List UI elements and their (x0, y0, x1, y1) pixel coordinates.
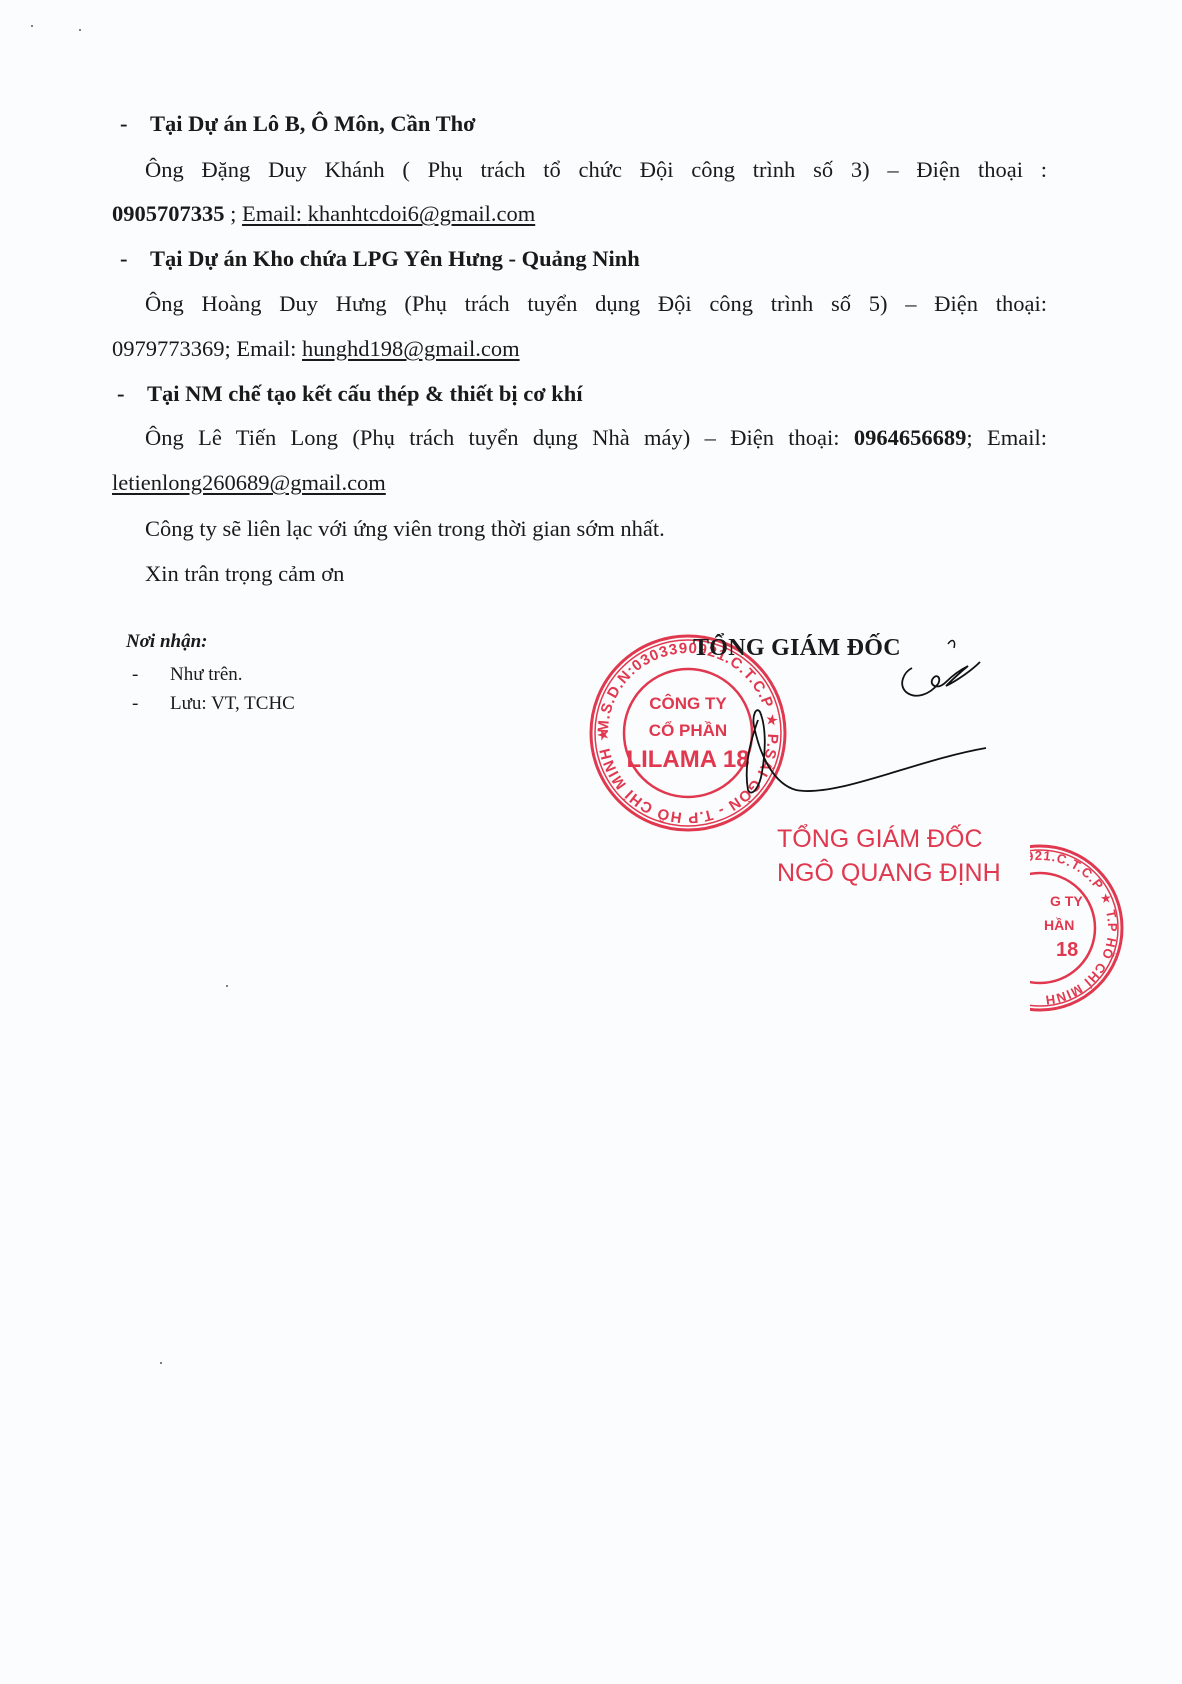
contact-details-khanh: 0905707335 ; Email: khanhtcdoi6@gmail.co… (112, 199, 535, 229)
recipients-title: Nơi nhận: (126, 631, 207, 653)
svg-text:HẦN: HẦN (1044, 917, 1074, 933)
printed-title: TỔNG GIÁM ĐỐC (777, 825, 983, 854)
closing-line: Công ty sẽ liên lạc với ứng viên trong t… (145, 514, 665, 544)
scan-speck (79, 29, 81, 31)
phone-number: 0979773369 (112, 336, 225, 361)
section-heading-yen-hung: -Tại Dự án Kho chứa LPG Yên Hưng - Quảng… (120, 244, 640, 274)
svg-text:18: 18 (1056, 939, 1078, 961)
printed-name: NGÔ QUANG ĐỊNH (777, 859, 1001, 888)
recipient-item: -Như trên. (132, 663, 243, 687)
section-heading-factory: -Tại NM chế tạo kết cấu thép & thiết bị … (117, 379, 583, 409)
email-link[interactable]: Email: khanhtcdoi6@gmail.com (242, 201, 535, 226)
recipient-item: -Lưu: VT, TCHC (132, 692, 295, 716)
contact-line-long: Ông Lê Tiến Long (Phụ trách tuyển dụng N… (145, 423, 1047, 453)
document-page: -Tại Dự án Lô B, Ô Môn, Cần Thơ Ông Đặng… (0, 0, 1182, 1684)
contact-details-hung: 0979773369; Email: hunghd198@gmail.com (112, 334, 520, 364)
phone-number: 0964656689 (854, 425, 967, 450)
scan-speck (31, 25, 33, 27)
scan-speck (160, 1362, 162, 1364)
phone-number: 0905707335 (112, 201, 225, 226)
contact-line-hung: Ông Hoàng Duy Hưng (Phụ trách tuyển dụng… (145, 289, 1047, 319)
email-link[interactable]: hunghd198@gmail.com (302, 336, 520, 361)
contact-line-khanh: Ông Đặng Duy Khánh ( Phụ trách tổ chức Đ… (145, 155, 1047, 185)
scan-speck (226, 985, 228, 987)
section-heading-o-mon: -Tại Dự án Lô B, Ô Môn, Cần Thơ (120, 109, 476, 139)
svg-text:G TY: G TY (1050, 893, 1083, 909)
contact-details-long: letienlong260689@gmail.com (112, 468, 386, 498)
partial-seal-stamp: 90921.C.T.C.P ★ T.P HỒ CHÍ MINH G TY HẦN… (1010, 828, 1182, 1028)
email-link[interactable]: letienlong260689@gmail.com (112, 470, 386, 495)
thanks-line: Xin trân trọng cảm ơn (145, 559, 344, 589)
handwritten-signature (700, 630, 1020, 800)
